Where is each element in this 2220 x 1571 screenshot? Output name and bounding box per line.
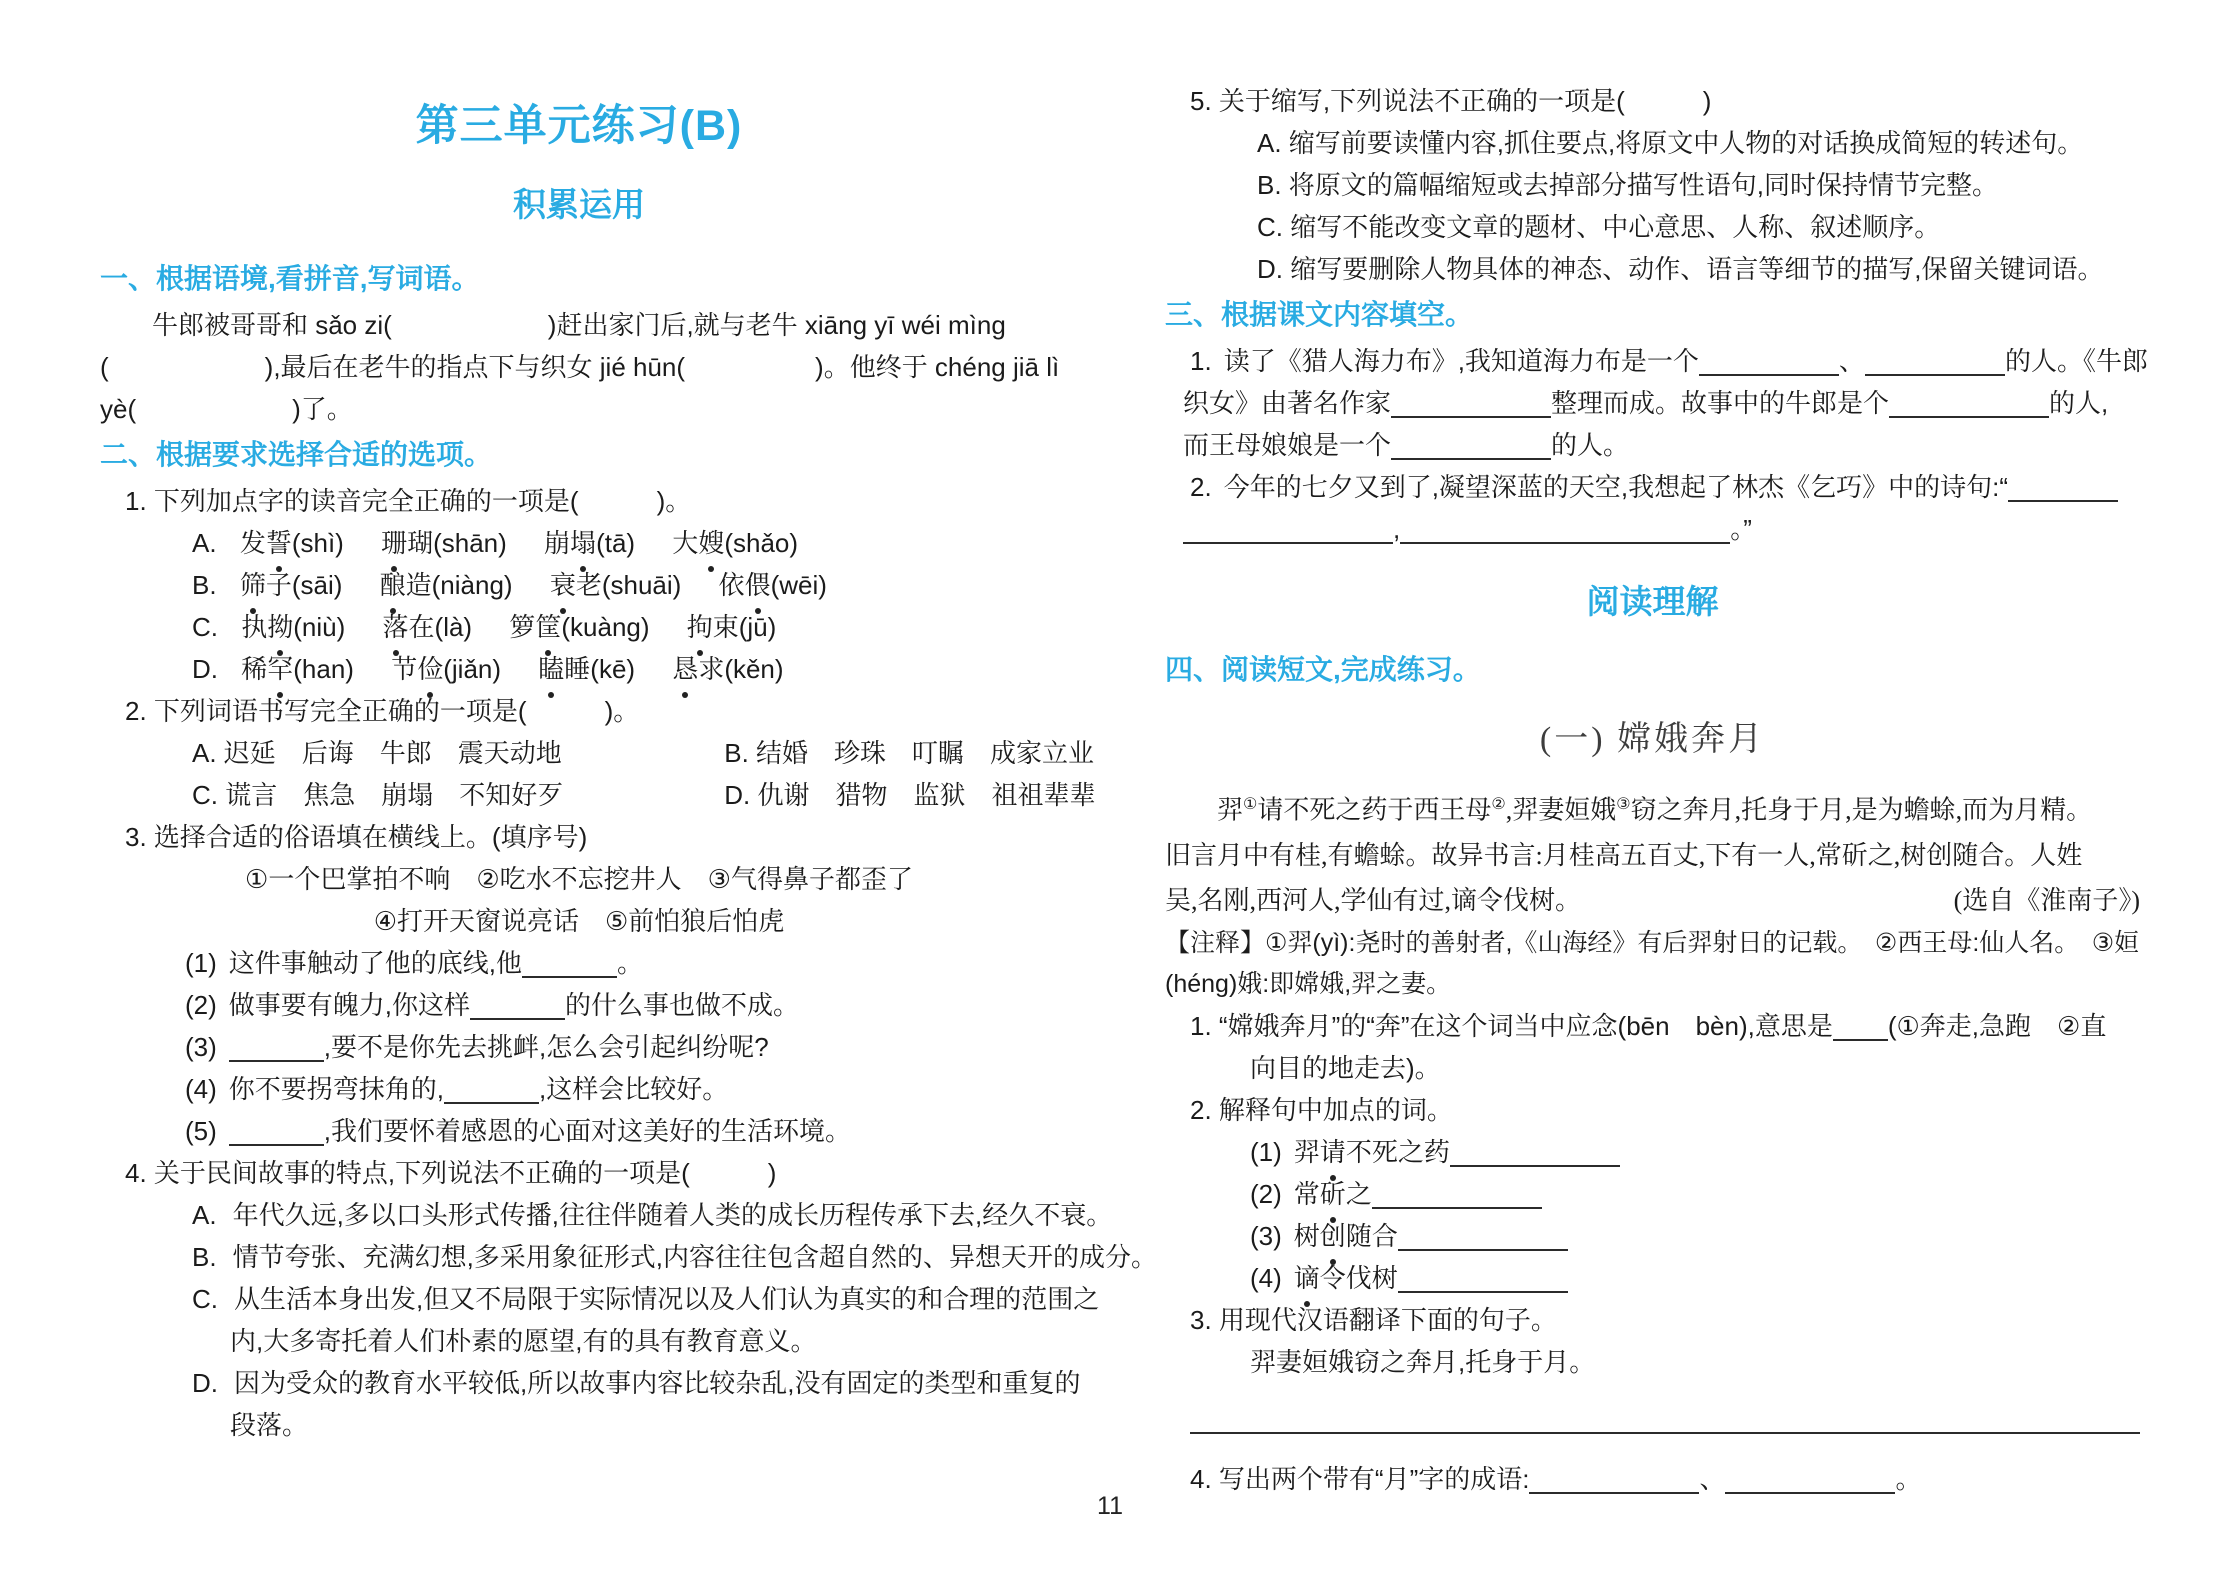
dotted-word: 发誓(shì) bbox=[240, 522, 344, 564]
dotted-word: 衰老(shuāi) bbox=[550, 564, 682, 606]
sec3-q1-line2: 织女》由著名作家整理而成。故事中的牛郎是个的人, bbox=[1165, 382, 2140, 424]
answer-blank bbox=[1725, 1462, 1895, 1494]
item-text: 的人。《牛郎 bbox=[2005, 346, 2148, 376]
item-text: 1. “嫦娥奔月”的“奔”在这个词当中应念(bēn bèn),意思是 bbox=[1190, 1011, 1833, 1041]
item-text: 做事要有魄力,你这样 bbox=[229, 990, 470, 1020]
item-number: (2) bbox=[1250, 1179, 1282, 1209]
question-4-stem: 4. 关于民间故事的特点,下列说法不正确的一项是( ) bbox=[100, 1152, 1058, 1194]
reading-q2-item-1: (1)羿请不死之药 bbox=[1165, 1131, 2140, 1173]
part-header-accumulation: 积累运用 bbox=[100, 179, 1058, 226]
answer-line bbox=[1190, 1431, 2140, 1434]
q5-option-c: C. 缩写不能改变文章的题材、中心意思、人称、叙述顺序。 bbox=[1165, 206, 2140, 248]
q2-option-d: D. 仇谢 猎物 监狱 祖祖辈辈 bbox=[724, 780, 1095, 810]
dotted-word: 稀罕(han) bbox=[241, 648, 354, 690]
part-header-reading: 阅读理解 bbox=[1165, 576, 2140, 623]
option-label: A. bbox=[192, 1200, 217, 1230]
dotted-word: 崩塌(tā) bbox=[544, 522, 635, 564]
dotted-word: 大嫂(shǎo) bbox=[672, 522, 798, 564]
answer-blank bbox=[1183, 512, 1393, 544]
right-column: 5. 关于缩写,下列说法不正确的一项是( ) A. 缩写前要读懂内容,抓住要点,… bbox=[1165, 80, 2140, 1500]
footnote-marker: ③ bbox=[1616, 796, 1630, 813]
answer-blank bbox=[1400, 512, 1730, 544]
q4-option-d: D.因为受众的教育水平较低,所以故事内容比较杂乱,没有固定的类型和重复的 bbox=[100, 1362, 1058, 1404]
q4-option-c: C.从生活本身出发,但又不局限于实际情况以及人们认为真实的和合理的范围之 bbox=[100, 1278, 1058, 1320]
item-number: (4) bbox=[185, 1074, 217, 1104]
q1-option-b: B. 筛子(sāi) 酿造(niàng) 衰老(shuāi) 依偎(wēi) bbox=[100, 564, 1058, 606]
q2-options-row-1: A. 迟延 后诲 牛郎 震天动地 B. 结婚 珍珠 叮瞩 成家立业 bbox=[100, 732, 1058, 774]
item-text: 这件事触动了他的底线,他 bbox=[229, 948, 522, 978]
dotted-word: 珊瑚(shān) bbox=[381, 522, 507, 564]
item-text: 你不要拐弯抹角的, bbox=[229, 1074, 444, 1104]
passage-text: ,羿妻姮娥 bbox=[1506, 796, 1617, 825]
q5-option-d: D. 缩写要删除人物具体的神态、动作、语言等细节的描写,保留关键词语。 bbox=[1165, 248, 2140, 290]
item-text: 织女》由著名作家 bbox=[1183, 388, 1391, 418]
passage-line3: 吴,名刚,西河人,学仙有过,谪令伐树。 (选自《淮南子》) bbox=[1165, 878, 2140, 923]
passage-line1: 羿①请不死之药于西王母②,羿妻姮娥③窃之奔月,托身于月,是为蟾蜍,而为月精。 bbox=[1165, 782, 2140, 833]
q3-idiom-options-line2: ④打开天窗说亮话 ⑤前怕狼后怕虎 bbox=[100, 900, 1058, 942]
option-text: 情节夸张、充满幻想,多采用象征形式,内容往往包含超自然的、异想天开的成分。 bbox=[233, 1242, 1157, 1272]
reading-q1-line1: 1. “嫦娥奔月”的“奔”在这个词当中应念(bēn bèn),意思是(①奔走,急… bbox=[1165, 1005, 2140, 1047]
item-text: ,我们要怀着感恩的心面对这美好的生活环境。 bbox=[324, 1116, 851, 1146]
q3-item-5: (5),我们要怀着感恩的心面对这美好的生活环境。 bbox=[100, 1110, 1058, 1152]
dotted-word: 常斫之 bbox=[1294, 1179, 1372, 1209]
answer-blank bbox=[2008, 470, 2118, 502]
dotted-word: 树创随合 bbox=[1294, 1221, 1398, 1251]
question-1-stem: 1. 下列加点字的读音完全正确的一项是( )。 bbox=[100, 480, 1058, 522]
sec3-q1-line1: 1.读了《猎人海力布》,我知道海力布是一个、的人。《牛郎 bbox=[1165, 340, 2140, 382]
q3-item-2: (2)做事要有魄力,你这样的什么事也做不成。 bbox=[100, 984, 1058, 1026]
item-number: (5) bbox=[185, 1116, 217, 1146]
passage-text: 窃之奔月,托身于月,是为蟾蜍,而为月精。 bbox=[1631, 796, 2093, 825]
q5-option-b: B. 将原文的篇幅缩短或去掉部分描写性语句,同时保持情节完整。 bbox=[1165, 164, 2140, 206]
item-number: (4) bbox=[1250, 1263, 1282, 1293]
dotted-word: 筛子(sāi) bbox=[240, 564, 343, 606]
q2-option-c: C. 谎言 焦急 崩塌 不知好歹 bbox=[192, 774, 717, 816]
answer-blank bbox=[470, 988, 565, 1020]
passage-text: 羿 bbox=[1217, 796, 1243, 825]
pinyin-paragraph-line: 牛郎被哥哥和 sǎo zi( )赶出家门后,就与老牛 xiāng yī wéi … bbox=[100, 304, 1058, 346]
dotted-word: 拘束(jū) bbox=[687, 606, 777, 648]
question-5-stem: 5. 关于缩写,下列说法不正确的一项是( ) bbox=[1165, 80, 2140, 122]
item-text: ,这样会比较好。 bbox=[539, 1074, 728, 1104]
section-2-heading: 二、根据要求选择合适的选项。 bbox=[100, 432, 1058, 478]
answer-blank bbox=[1529, 1462, 1699, 1494]
dotted-word: 谪令伐树 bbox=[1294, 1263, 1398, 1293]
worksheet-page: 第三单元练习(B) 积累运用 一、根据语境,看拼音,写词语。 牛郎被哥哥和 sǎ… bbox=[0, 0, 2220, 1571]
q1-option-a: A. 发誓(shì) 珊瑚(shān) 崩塌(tā) 大嫂(shǎo) bbox=[100, 522, 1058, 564]
reading-q2-item-3: (3)树创随合 bbox=[1165, 1215, 2140, 1257]
sec3-q2-line1: 2.今年的七夕又到了,凝望深蓝的天空,我想起了林杰《乞巧》中的诗句:“ bbox=[1165, 466, 2140, 508]
passage: 羿①请不死之药于西王母②,羿妻姮娥③窃之奔月,托身于月,是为蟾蜍,而为月精。 旧… bbox=[1165, 782, 2140, 923]
left-column: 第三单元练习(B) 积累运用 一、根据语境,看拼音,写词语。 牛郎被哥哥和 sǎ… bbox=[100, 88, 1058, 1446]
q5-option-a: A. 缩写前要读懂内容,抓住要点,将原文中人物的对话换成简短的转述句。 bbox=[1165, 122, 2140, 164]
section-4-heading: 四、阅读短文,完成练习。 bbox=[1165, 647, 2140, 693]
option-label: D. bbox=[192, 1368, 218, 1398]
answer-blank bbox=[1833, 1009, 1888, 1041]
passage-title: (一) 嫦娥奔月 bbox=[1165, 711, 2140, 760]
item-text: (①奔走,急跑 ②直 bbox=[1888, 1011, 2107, 1041]
option-text: 因为受众的教育水平较低,所以故事内容比较杂乱,没有固定的类型和重复的 bbox=[234, 1368, 1080, 1398]
reading-q2-item-2: (2)常斫之 bbox=[1165, 1173, 2140, 1215]
dotted-word: 落在(là) bbox=[383, 606, 473, 648]
item-number: 1. bbox=[1190, 346, 1212, 376]
answer-blank bbox=[229, 1030, 324, 1062]
item-text: 的人。 bbox=[1551, 430, 1629, 460]
q3-idiom-options-line1: ①一个巴掌拍不响 ②吃水不忘挖井人 ③气得鼻子都歪了 bbox=[100, 858, 1058, 900]
item-number: (2) bbox=[185, 990, 217, 1020]
option-text: 从生活本身出发,但又不局限于实际情况以及人们认为真实的和合理的范围之 bbox=[234, 1284, 1099, 1314]
q3-item-3: (3),要不是你先去挑衅,怎么会引起纠纷呢? bbox=[100, 1026, 1058, 1068]
q2-options-row-2: C. 谎言 焦急 崩塌 不知好歹 D. 仇谢 猎物 监狱 祖祖辈辈 bbox=[100, 774, 1058, 816]
answer-blank bbox=[1889, 386, 2049, 418]
passage-source: (选自《淮南子》) bbox=[1954, 878, 2140, 923]
dotted-word: 瞌睡(kē) bbox=[538, 648, 635, 690]
dotted-word: 节俭(jiǎn) bbox=[391, 648, 501, 690]
option-label: B. bbox=[192, 570, 217, 600]
passage-notes: 【注释】①羿(yì):尧时的善射者,《山海经》有后羿射日的记载。 ②西王母:仙人… bbox=[1165, 923, 2140, 1005]
item-text: ,要不是你先去挑衅,怎么会引起纠纷呢? bbox=[324, 1032, 769, 1062]
section-1-heading: 一、根据语境,看拼音,写词语。 bbox=[100, 256, 1058, 302]
item-number: (1) bbox=[1250, 1137, 1282, 1167]
option-label: C. bbox=[192, 1284, 218, 1314]
option-label: C. bbox=[192, 612, 218, 642]
q1-option-c: C. 执拗(niù) 落在(là) 箩筐(kuàng) 拘束(jū) bbox=[100, 606, 1058, 648]
q4-option-a: A.年代久远,多以口头形式传播,往往伴随着人类的成长历程传承下去,经久不衰。 bbox=[100, 1194, 1058, 1236]
reading-q3-stem: 3. 用现代汉语翻译下面的句子。 bbox=[1165, 1299, 2140, 1341]
answer-blank bbox=[1372, 1177, 1542, 1209]
footnote-marker: ① bbox=[1243, 796, 1257, 813]
answer-blank bbox=[1391, 428, 1551, 460]
item-text: 。 bbox=[1895, 1464, 1921, 1494]
item-text: 、 bbox=[1699, 1464, 1725, 1494]
page-number: 11 bbox=[0, 1492, 2220, 1521]
item-text: 今年的七夕又到了,凝望深蓝的天空,我想起了林杰《乞巧》中的诗句:“ bbox=[1224, 472, 2008, 502]
q4-option-b: B.情节夸张、充满幻想,多采用象征形式,内容往往包含超自然的、异想天开的成分。 bbox=[100, 1236, 1058, 1278]
dotted-word: 羿请不死之药 bbox=[1294, 1137, 1450, 1167]
option-label: A. bbox=[192, 528, 217, 558]
item-text: 读了《猎人海力布》,我知道海力布是一个 bbox=[1224, 346, 1699, 376]
item-text: 。 bbox=[617, 948, 643, 978]
item-text: 的什么事也做不成。 bbox=[565, 990, 799, 1020]
reading-q2-stem: 2. 解释句中加点的词。 bbox=[1165, 1089, 2140, 1131]
q4-option-d-line2: 段落。 bbox=[100, 1404, 1058, 1446]
pinyin-paragraph-line: yè( )了。 bbox=[100, 388, 1058, 430]
item-number: (3) bbox=[1250, 1221, 1282, 1251]
sec3-q2-line2: ,。” bbox=[1165, 508, 2140, 550]
reading-q3-sentence: 羿妻姮娥窃之奔月,托身于月。 bbox=[1165, 1341, 2140, 1383]
passage-text: 吴,名刚,西河人,学仙有过,谪令伐树。 bbox=[1165, 878, 1581, 923]
option-label: B. bbox=[192, 1242, 217, 1272]
item-text: , bbox=[1393, 514, 1400, 544]
passage-line2: 旧言月中有桂,有蟾蜍。故异书言:月桂高五百丈,下有一人,常斫之,树创随合。人姓 bbox=[1165, 833, 2140, 878]
pinyin-paragraph-line: ( ),最后在老牛的指点下与织女 jié hūn( )。他终于 chéng ji… bbox=[100, 346, 1058, 388]
item-number: (3) bbox=[185, 1032, 217, 1062]
option-text: 年代久远,多以口头形式传播,往往伴随着人类的成长历程传承下去,经久不衰。 bbox=[233, 1200, 1113, 1230]
answer-blank bbox=[229, 1114, 324, 1146]
item-text: 整理而成。故事中的牛郎是个 bbox=[1551, 388, 1889, 418]
option-label: D. bbox=[192, 654, 218, 684]
q1-option-d: D. 稀罕(han) 节俭(jiǎn) 瞌睡(kē) 恳求(kěn) bbox=[100, 648, 1058, 690]
dotted-word: 恳求(kěn) bbox=[672, 648, 783, 690]
answer-blank bbox=[1699, 344, 1839, 376]
reading-q2-item-4: (4)谪令伐树 bbox=[1165, 1257, 2140, 1299]
q3-item-4: (4)你不要拐弯抹角的,,这样会比较好。 bbox=[100, 1068, 1058, 1110]
item-text: 、 bbox=[1839, 346, 1865, 376]
answer-blank bbox=[1398, 1219, 1568, 1251]
answer-blank bbox=[1398, 1261, 1568, 1293]
item-text: 的人, bbox=[2049, 388, 2108, 418]
question-2-stem: 2. 下列词语书写完全正确的一项是( )。 bbox=[100, 690, 1058, 732]
dotted-word: 箩筐(kuàng) bbox=[509, 606, 649, 648]
section-3-heading: 三、根据课文内容填空。 bbox=[1165, 292, 2140, 338]
question-3-stem: 3. 选择合适的俗语填在横线上。(填序号) bbox=[100, 816, 1058, 858]
sec3-q1-line3: 而王母娘娘是一个的人。 bbox=[1165, 424, 2140, 466]
q3-item-1: (1)这件事触动了他的底线,他。 bbox=[100, 942, 1058, 984]
item-number: (1) bbox=[185, 948, 217, 978]
dotted-word: 执拗(niù) bbox=[241, 606, 345, 648]
answer-blank bbox=[522, 946, 617, 978]
q4-option-c-line2: 内,大多寄托着人们朴素的愿望,有的具有教育意义。 bbox=[100, 1320, 1058, 1362]
footnote-marker: ② bbox=[1491, 796, 1505, 813]
page-title: 第三单元练习(B) bbox=[100, 92, 1058, 153]
answer-blank bbox=[444, 1072, 539, 1104]
dotted-word: 依偎(wēi) bbox=[719, 564, 827, 606]
item-text: 4. 写出两个带有“月”字的成语: bbox=[1190, 1464, 1529, 1494]
q2-option-b: B. 结婚 珍珠 叮瞩 成家立业 bbox=[724, 738, 1094, 768]
answer-blank bbox=[1450, 1135, 1620, 1167]
answer-blank bbox=[1391, 386, 1551, 418]
dotted-word: 酿造(niàng) bbox=[380, 564, 513, 606]
item-text: 。” bbox=[1730, 514, 1752, 544]
item-number: 2. bbox=[1190, 472, 1212, 502]
reading-q1-line2: 向目的地走去)。 bbox=[1165, 1047, 2140, 1089]
item-text: 而王母娘娘是一个 bbox=[1183, 430, 1391, 460]
answer-blank bbox=[1865, 344, 2005, 376]
passage-text: 请不死之药于西王母 bbox=[1257, 796, 1491, 825]
q2-option-a: A. 迟延 后诲 牛郎 震天动地 bbox=[192, 732, 717, 774]
